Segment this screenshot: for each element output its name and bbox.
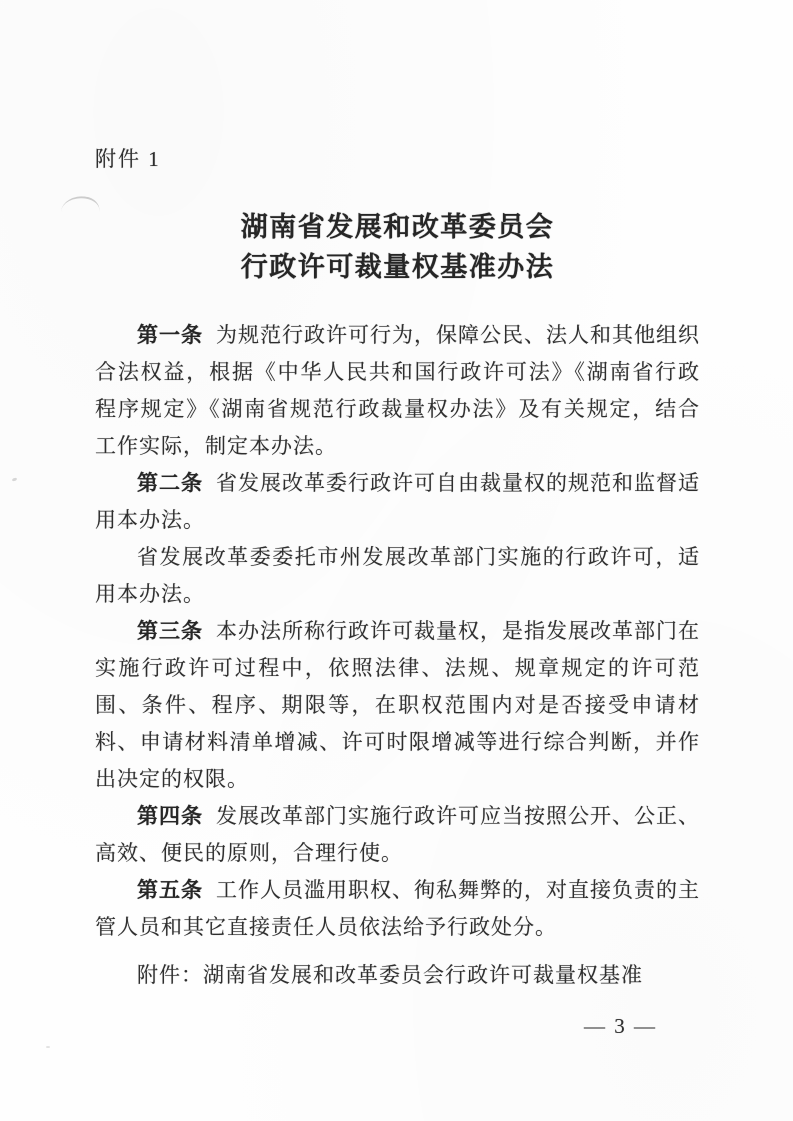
- article-2-number: 第二条: [137, 472, 203, 495]
- appendix-text: 湖南省发展和改革委员会行政许可裁量权基准: [203, 963, 643, 987]
- document-title-line-1: 湖南省发展和改革委员会: [95, 207, 700, 247]
- document-title-line-2: 行政许可裁量权基准办法: [95, 247, 700, 287]
- article-4-number: 第四条: [137, 805, 203, 828]
- article-2-subparagraph-text: 省发展改革委委托市州发展改革部门实施的行政许可，适用本办法。: [95, 545, 700, 606]
- document-title: 湖南省发展和改革委员会 行政许可裁量权基准办法: [95, 207, 700, 287]
- article-5-number: 第五条: [137, 879, 203, 902]
- article-2-paragraph: 第二条省发展改革委行政许可自由裁量权的规范和监督适用本办法。: [95, 465, 700, 539]
- appendix-reference: 附件：湖南省发展和改革委员会行政许可裁量权基准: [95, 957, 700, 994]
- article-1-paragraph: 第一条为规范行政许可行为，保障公民、法人和其他组织合法权益，根据《中华人民共和国…: [95, 317, 700, 465]
- article-3-text: 本办法所称行政许可裁量权，是指发展改革部门在实施行政许可过程中，依照法律、法规、…: [95, 619, 700, 791]
- scan-artifact-dot: [12, 477, 18, 482]
- article-3-paragraph: 第三条本办法所称行政许可裁量权，是指发展改革部门在实施行政许可过程中，依照法律、…: [95, 613, 700, 798]
- article-1-number: 第一条: [137, 324, 203, 347]
- article-2-subparagraph: 省发展改革委委托市州发展改革部门实施的行政许可，适用本办法。: [95, 539, 700, 613]
- page-number: — 3 —: [584, 1014, 657, 1039]
- scan-artifact-dot-2: [46, 1046, 50, 1048]
- article-5-paragraph: 第五条工作人员滥用职权、徇私舞弊的，对直接负责的主管人员和其它直接责任人员依法给…: [95, 872, 700, 946]
- article-3-number: 第三条: [137, 620, 203, 643]
- document-body: 第一条为规范行政许可行为，保障公民、法人和其他组织合法权益，根据《中华人民共和国…: [95, 317, 700, 946]
- document-content: 附件 1 湖南省发展和改革委员会 行政许可裁量权基准办法 第一条为规范行政许可行…: [95, 0, 700, 994]
- attachment-number-label: 附件 1: [95, 144, 700, 174]
- appendix-label: 附件：: [137, 963, 203, 987]
- document-page: 附件 1 湖南省发展和改革委员会 行政许可裁量权基准办法 第一条为规范行政许可行…: [0, 0, 793, 1121]
- article-4-paragraph: 第四条发展改革部门实施行政许可应当按照公开、公正、高效、便民的原则，合理行使。: [95, 798, 700, 872]
